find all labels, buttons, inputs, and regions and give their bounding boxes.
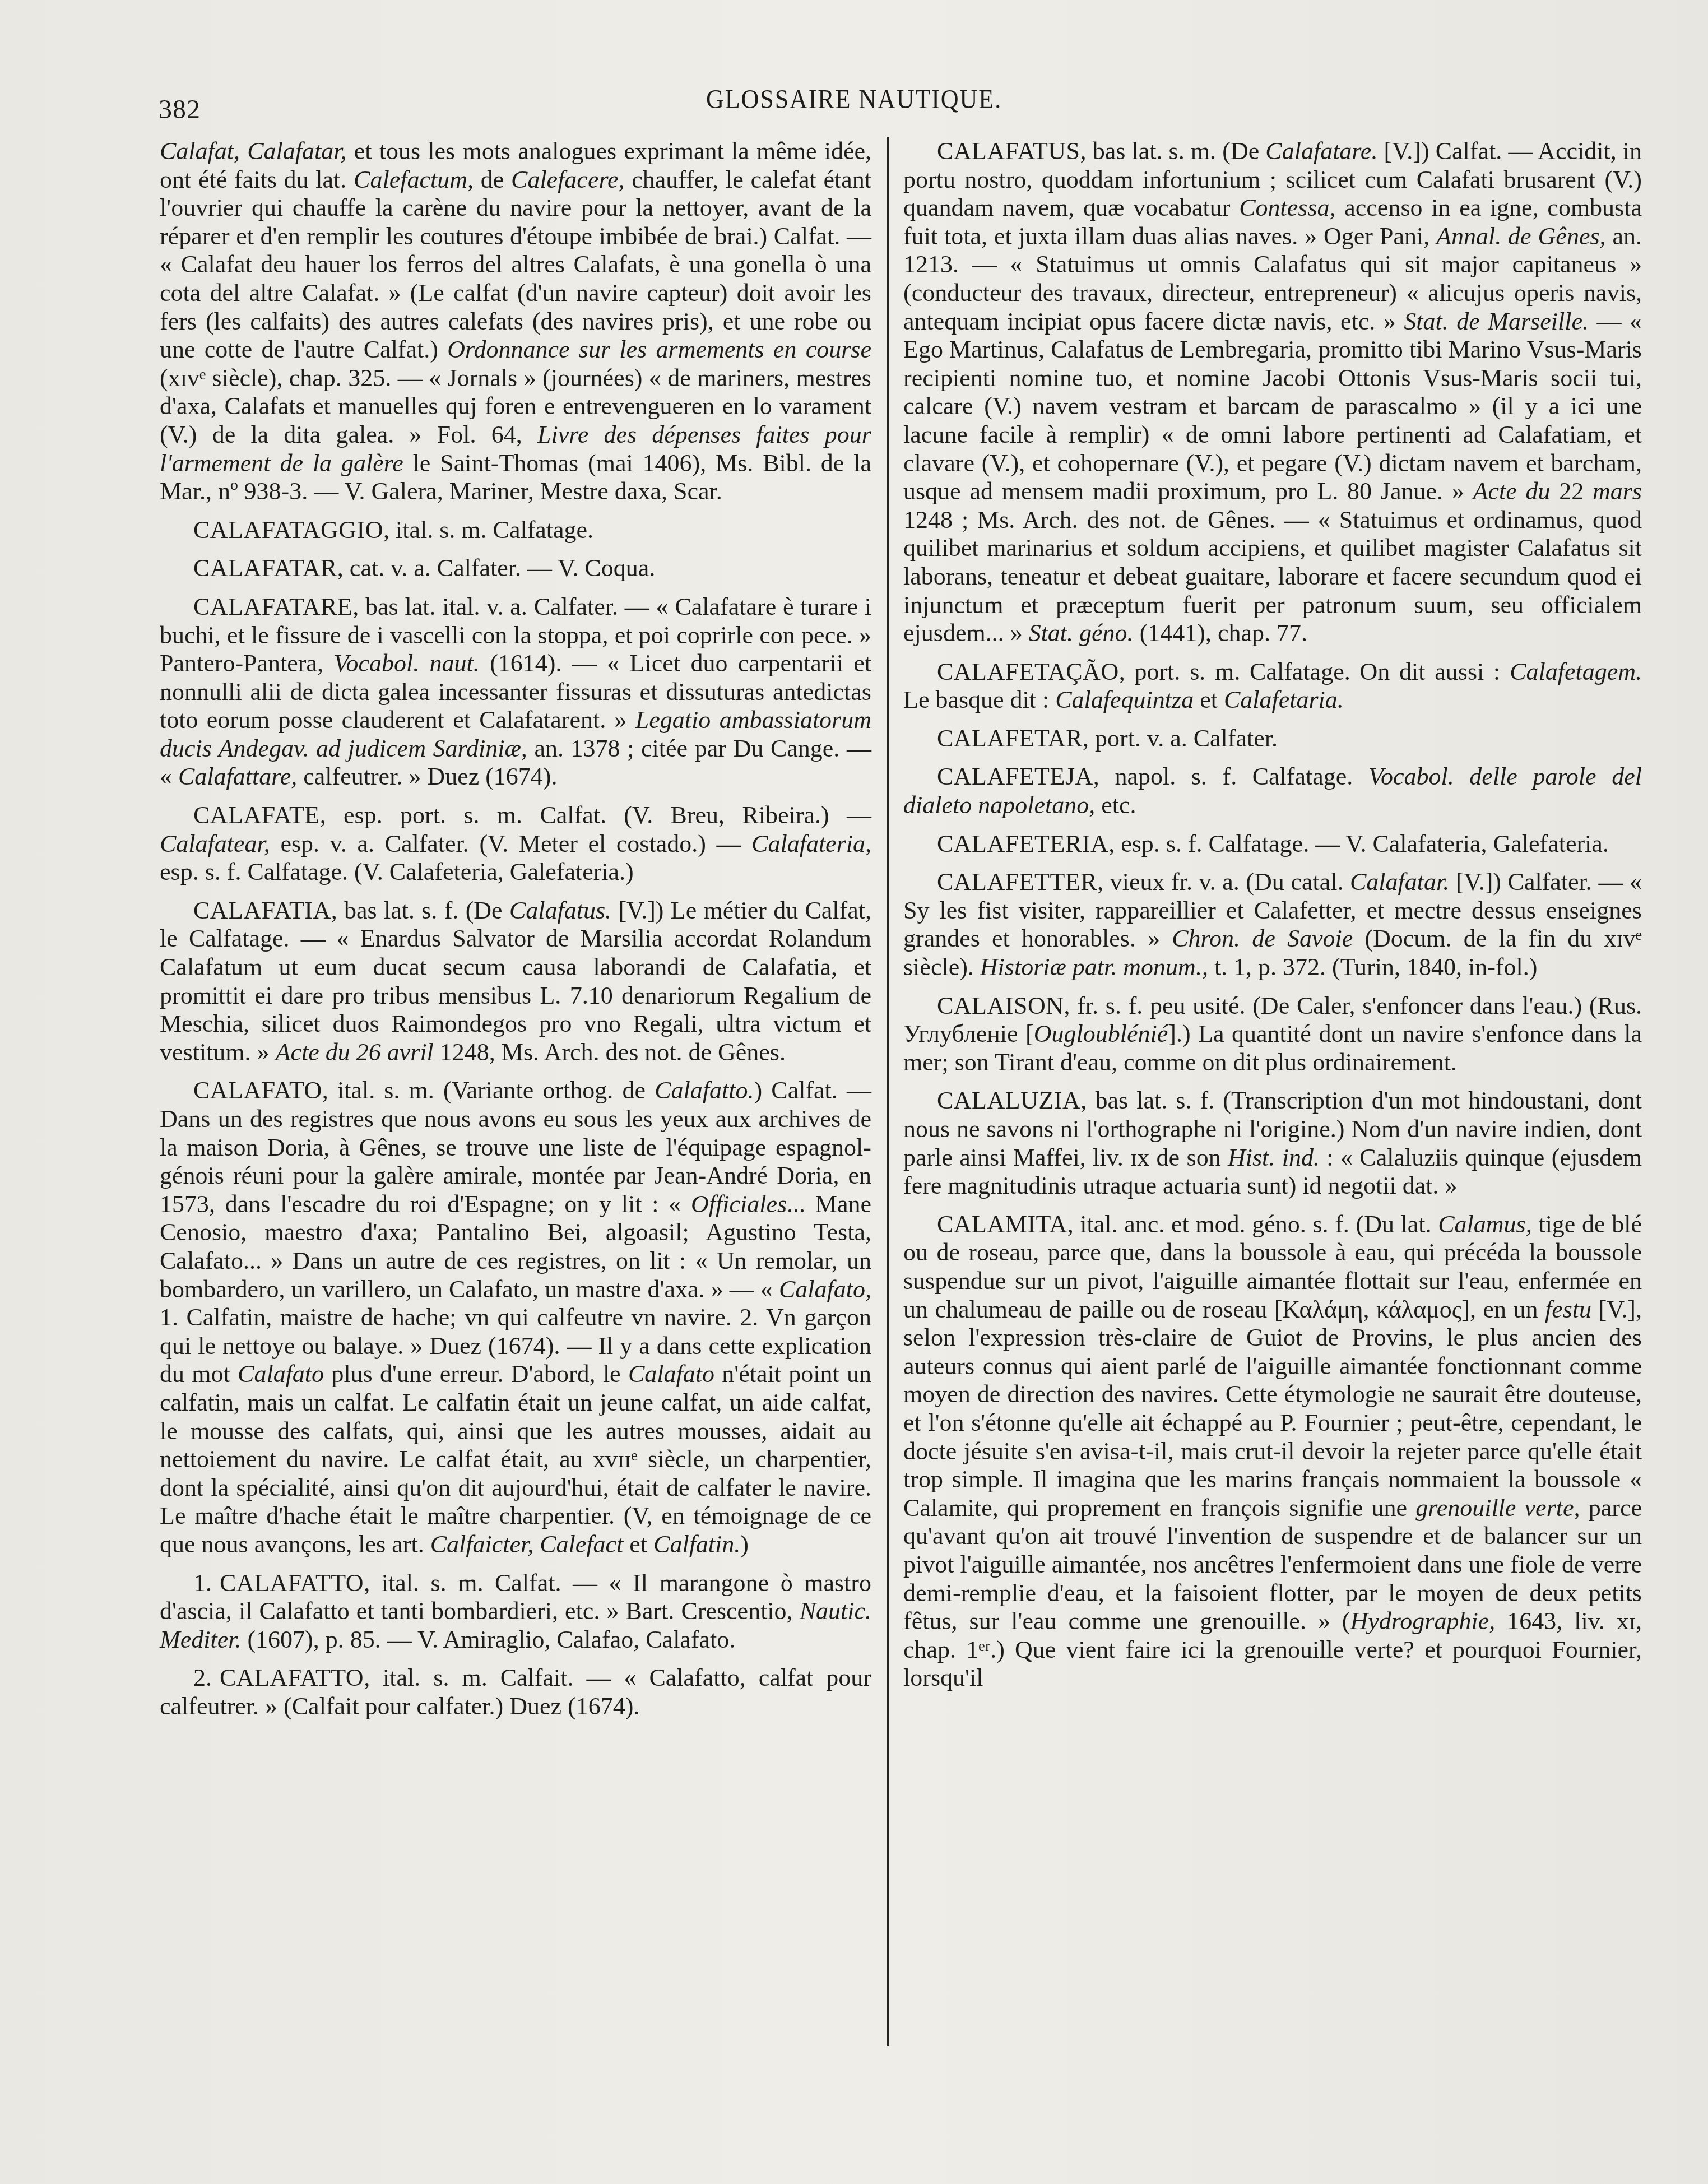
italic-citation: Acte du <box>1473 477 1551 505</box>
glossary-entry: CALAFATO, ital. s. m. (Variante orthog. … <box>160 1077 871 1559</box>
entry-text: esp. s. f. Calfatage. (V. Calafeteria, G… <box>160 858 634 885</box>
entry-text: — « Ego Martinus, Calafatus de Lembregar… <box>903 308 1642 506</box>
italic-citation: Calamus, <box>1438 1211 1531 1238</box>
entry-text: t. 1, p. 372. (Turin, 1840, in-fol.) <box>1208 953 1538 981</box>
entry-headword: CALAFETEJA <box>937 763 1093 790</box>
italic-citation: Stat. de Marseille. <box>1404 308 1589 335</box>
entry-text: chauffer, le calefat étant l'ouvrier qui… <box>160 166 871 364</box>
italic-citation: Calfaicter, Calefact <box>430 1531 624 1558</box>
italic-citation: Calafetaria. <box>1224 686 1344 713</box>
entry-text: , vieux fr. v. a. (Du catal. <box>1097 868 1350 896</box>
italic-citation: Calafatto. <box>655 1077 754 1104</box>
italic-citation: Calafato, <box>779 1276 871 1303</box>
glossary-entry: CALAMITA, ital. anc. et mod. géno. s. f.… <box>903 1211 1642 1693</box>
entry-text: calfeutrer. » Duez (1674). <box>297 763 557 790</box>
italic-citation: festu <box>1545 1296 1591 1323</box>
italic-citation: Annal. de Gênes, <box>1436 222 1605 250</box>
glossary-entry: CALAFATARE, bas lat. ital. v. a. Calfate… <box>160 593 871 791</box>
entry-text: , ital. s. m. Calfatage. <box>383 516 593 544</box>
entry-text: [V.], selon l'expression très-claire de … <box>903 1296 1642 1522</box>
entry-text: plus d'une erreur. D'abord, le <box>324 1360 628 1388</box>
italic-citation: Calefactum, <box>354 166 474 193</box>
entry-headword: CALAFATARE <box>193 593 352 620</box>
italic-citation: Hydrographie, <box>1350 1607 1496 1635</box>
entry-text: , ital. anc. et mod. géno. s. f. (Du lat… <box>1067 1211 1438 1238</box>
glossary-entry: CALAFATAGGIO, ital. s. m. Calfatage. <box>160 516 871 545</box>
glossary-entry: CALAFETAR, port. v. a. Calfater. <box>903 725 1642 753</box>
entry-text: , bas lat. s. f. (De <box>331 897 509 924</box>
italic-citation: grenouille verte, <box>1415 1494 1580 1522</box>
entry-headword: CALAFETERIA <box>937 830 1108 857</box>
glossary-entry: CALAISON, fr. s. f. peu usité. (De Caler… <box>903 992 1642 1077</box>
entry-text: ) <box>740 1531 749 1558</box>
entry-headword: CALAFETTER <box>937 868 1097 896</box>
entry-headword: CALAISON <box>937 992 1064 1019</box>
italic-citation: Ordonnance sur les armements en course <box>447 336 871 363</box>
running-title-text: GLOSSAIRE NAUTIQUE. <box>706 84 1002 115</box>
entry-text: (1441), chap. 77. <box>1134 619 1307 647</box>
glossary-entry: 2.CALAFATTO, ital. s. m. Calfait. — « Ca… <box>160 1664 871 1721</box>
entry-text: , cat. v. a. Calfater. — V. Coqua. <box>337 554 655 582</box>
entry-text: , port. v. a. Calfater. <box>1083 725 1278 752</box>
entry-headword: CALAFETAR <box>937 725 1083 752</box>
italic-citation: Calafetagem. <box>1510 658 1642 685</box>
italic-citation: Acte du 26 avril <box>276 1038 434 1066</box>
entry-headword: CALAFATTO <box>220 1664 364 1691</box>
italic-citation: Calafatear, <box>160 830 270 857</box>
entry-text: et <box>1194 686 1224 713</box>
entry-headword: CALAMITA <box>937 1211 1067 1238</box>
italic-citation: Ougloublénié <box>1034 1020 1168 1047</box>
entry-text: et <box>623 1531 653 1558</box>
entry-headword: CALAFATO <box>193 1077 322 1104</box>
italic-citation: Calafatus. <box>509 897 611 924</box>
italic-citation: Officiales <box>691 1190 787 1218</box>
glossary-entry: CALALUZIA, bas lat. s. f. (Transcription… <box>903 1087 1642 1200</box>
italic-citation: Calfatin. <box>653 1531 740 1558</box>
entry-headword: CALAFETAÇÃO <box>937 658 1119 685</box>
italic-citation: mars <box>1593 477 1642 505</box>
column-divider <box>887 137 889 2046</box>
glossary-entry: 1.CALAFATTO, ital. s. m. Calfat. — « Il … <box>160 1569 871 1654</box>
entry-text: esp. v. a. Calfater. (V. Meter el costad… <box>270 830 751 857</box>
entry-text: etc. <box>1095 791 1136 819</box>
italic-citation: Calafatare. <box>1265 137 1377 165</box>
entry-text: n'était point un calfatin, mais un calfa… <box>160 1360 871 1558</box>
entry-text: , bas lat. s. m. (De <box>1080 137 1266 165</box>
italic-citation: Contessa, <box>1239 194 1335 221</box>
glossary-entry: CALAFATIA, bas lat. s. f. (De Calafatus.… <box>160 897 871 1067</box>
italic-citation: Hist. ind. <box>1228 1144 1320 1171</box>
italic-citation: Chron. de Savoie <box>1172 925 1353 952</box>
italic-citation: Calafat, Calafatar, <box>160 137 347 165</box>
left-column: Calafat, Calafatar, et tous les mots ana… <box>160 137 871 1731</box>
entry-headword: CALAFATAR <box>193 554 337 582</box>
entry-text: , esp. port. s. m. Calfat. (V. Breu, Rib… <box>320 801 871 829</box>
italic-citation: Stat. géno. <box>1029 619 1134 647</box>
running-title: GLOSSAIRE NAUTIQUE. <box>0 84 1708 115</box>
entry-text: Le basque dit : <box>903 686 1055 713</box>
italic-citation: Calafequintza <box>1055 686 1194 713</box>
right-column: CALAFATUS, bas lat. s. m. (De Calafatare… <box>903 137 1642 1703</box>
entry-headword: CALALUZIA <box>937 1087 1080 1114</box>
glossary-entry: CALAFETEJA, napol. s. f. Calfatage. Voca… <box>903 763 1642 819</box>
entry-headword: CALAFATUS <box>937 137 1080 165</box>
entry-headword: CALAFATAGGIO <box>193 516 383 544</box>
entry-text: , esp. s. f. Calfatage. — V. Calafateria… <box>1108 830 1609 857</box>
italic-citation: Calafattare, <box>178 763 297 790</box>
glossary-entry: CALAFETERIA, esp. s. f. Calfatage. — V. … <box>903 830 1642 859</box>
entry-text: 22 <box>1550 477 1593 505</box>
glossary-entry: CALAFATUS, bas lat. s. m. (De Calafatare… <box>903 137 1642 648</box>
entry-headword: CALAFATIA <box>193 897 331 924</box>
entry-text: , port. s. m. Calfatage. On dit aussi : <box>1119 658 1510 685</box>
italic-citation: Calafatar. <box>1350 868 1449 896</box>
entry-number: 2. <box>193 1664 212 1691</box>
entry-text: , napol. s. f. Calfatage. <box>1093 763 1368 790</box>
entry-text: (1607), p. 85. — V. Amiraglio, Calafao, … <box>241 1626 735 1653</box>
glossary-entry: CALAFETTER, vieux fr. v. a. (Du catal. C… <box>903 868 1642 981</box>
italic-citation: Vocabol. naut. <box>333 650 479 677</box>
entry-number: 1. <box>193 1569 212 1597</box>
glossary-entry: CALAFETAÇÃO, port. s. m. Calfatage. On d… <box>903 658 1642 715</box>
italic-citation: Calefacere, <box>511 166 624 193</box>
glossary-entry: CALAFATE, esp. port. s. m. Calfat. (V. B… <box>160 801 871 887</box>
entry-headword: CALAFATE <box>193 801 320 829</box>
italic-citation: Calafato <box>238 1360 324 1388</box>
entry-text: de <box>474 166 511 193</box>
glossary-entry: CALAFATAR, cat. v. a. Calfater. — V. Coq… <box>160 554 871 583</box>
italic-citation: Calafato <box>628 1360 714 1388</box>
book-page: 382 GLOSSAIRE NAUTIQUE. Calafat, Calafat… <box>0 0 1708 2184</box>
entry-headword: CALAFATTO <box>220 1569 364 1597</box>
entry-text: , ital. s. m. (Variante orthog. de <box>322 1077 655 1104</box>
entry-continuation: Calafat, Calafatar, et tous les mots ana… <box>160 137 871 506</box>
italic-citation: Calafateria, <box>751 830 871 857</box>
italic-citation: Historiæ patr. monum., <box>980 953 1208 981</box>
entry-text: 1248, Ms. Arch. des not. de Gênes. <box>434 1038 786 1066</box>
